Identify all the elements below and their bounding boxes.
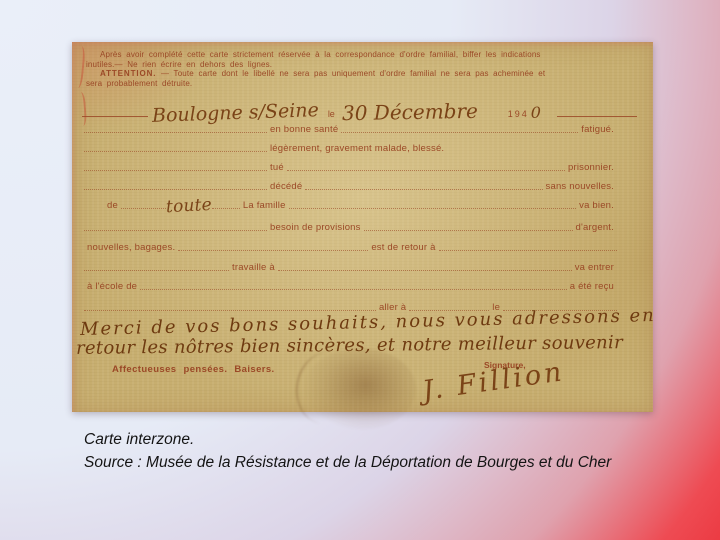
form-row: légèrement, gravement malade, blessé. <box>84 140 617 154</box>
handwritten-entry: toute <box>166 200 212 212</box>
attention-line-2: sera probablement détruite. <box>86 79 637 89</box>
date-line: Boulogne s/Seine le 30 Décembre 194 0 <box>82 92 637 124</box>
form-row: à l'école de a été reçu <box>84 278 617 292</box>
row-label-right: d'argent. <box>573 222 617 233</box>
row-label: en bonne santé <box>267 124 341 135</box>
form-row: travaille à va entrer <box>84 259 617 273</box>
presentation-slide: Après avoir complété cette carte stricte… <box>0 0 720 540</box>
attention-label: ATTENTION. <box>100 69 156 78</box>
row-label-right: a été reçu <box>567 281 617 292</box>
notice-line-1: Après avoir complété cette carte stricte… <box>86 50 637 60</box>
row-label: légèrement, gravement malade, blessé. <box>267 143 447 154</box>
form-row: en bonne santé fatigué. <box>84 121 617 135</box>
row-label-right: va entrer <box>572 262 617 273</box>
attention-text: — Toute carte dont le libellé ne sera pa… <box>161 69 545 78</box>
red-pencil-mark <box>72 46 86 89</box>
row-label: travaille à <box>229 262 278 273</box>
row-label: tué <box>267 162 287 173</box>
handwritten-year-digit: 0 <box>531 103 541 122</box>
row-label-right: va bien. <box>576 200 617 211</box>
form-row: besoin de provisions d'argent. <box>84 219 617 233</box>
printed-closing: Affectueuses pensées. Baisers. <box>112 364 275 375</box>
row-label: besoin de provisions <box>267 222 364 233</box>
slide-caption: Carte interzone. Source : Musée de la Ré… <box>84 428 611 474</box>
form-row: nouvelles, bagages. est de retour à <box>84 239 617 253</box>
attention-line: ATTENTION. — Toute carte dont le libellé… <box>86 69 637 79</box>
interzone-card-photo: Après avoir complété cette carte stricte… <box>72 42 653 412</box>
printed-year: 194 <box>508 109 529 119</box>
printed-notice: Après avoir complété cette carte stricte… <box>86 50 637 88</box>
form-row: décédé sans nouvelles. <box>84 178 617 192</box>
postmark-smudge <box>304 348 416 430</box>
row-label-left: à l'école de <box>84 281 140 292</box>
row-label: décédé <box>267 181 305 192</box>
row-label: est de retour à <box>368 242 438 253</box>
rule-line <box>82 116 148 117</box>
row-label-left: nouvelles, bagages. <box>84 242 178 253</box>
row-label-right: sans nouvelles. <box>543 181 617 192</box>
caption-title: Carte interzone. <box>84 428 611 451</box>
row-label-left: de <box>104 200 121 211</box>
form-row: de toute La famille va bien. <box>84 197 617 211</box>
rule-line <box>557 116 637 117</box>
form-row: tué prisonnier. <box>84 159 617 173</box>
row-label-right: fatigué. <box>578 124 617 135</box>
notice-line-2: inutiles.— Ne rien écrire en dehors des … <box>86 60 637 70</box>
row-label-right: prisonnier. <box>565 162 617 173</box>
caption-source: Source : Musée de la Résistance et de la… <box>84 451 611 474</box>
printed-le: le <box>328 109 335 119</box>
row-label: La famille <box>240 200 289 211</box>
